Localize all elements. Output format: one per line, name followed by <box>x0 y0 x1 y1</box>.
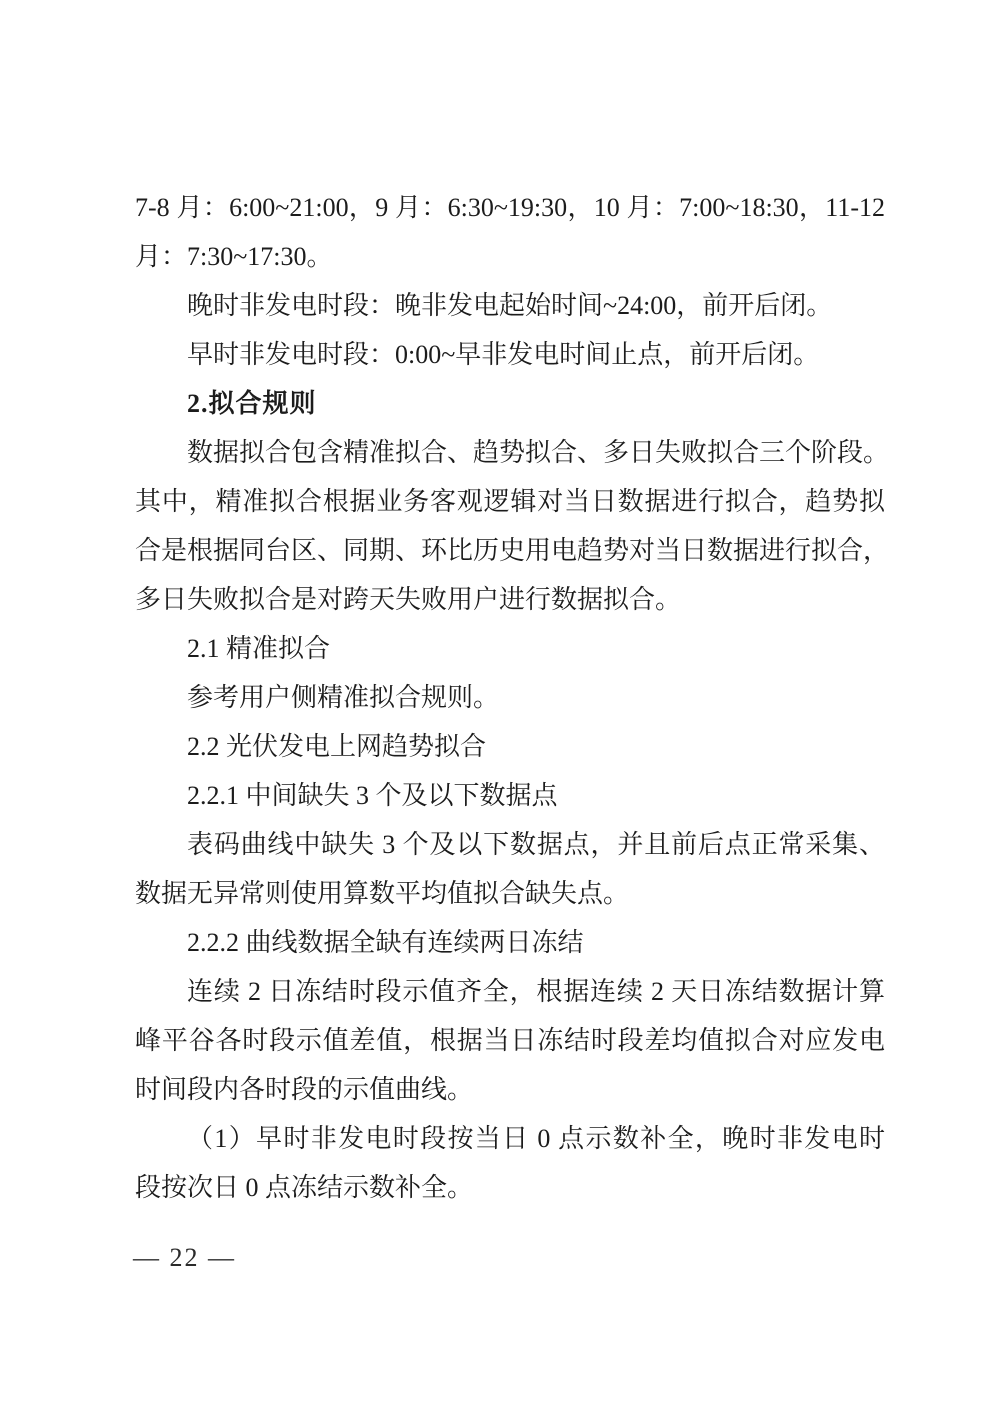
heading-2-1-precise-fitting: 2.1 精准拟合 <box>135 624 885 673</box>
page-number: — 22 — <box>133 1240 236 1276</box>
para-fitting-overview-line-4: 多日失败拟合是对跨天失败用户进行数据拟合。 <box>135 575 885 624</box>
para-2-2-2-line-2: 峰平谷各时段示值差值，根据当日冻结时段差均值拟合对应发电 <box>135 1016 885 1065</box>
para-2-2-2-line-1: 连续 2 日冻结时段示值齐全，根据连续 2 天日冻结数据计算 <box>135 967 885 1016</box>
para-2-2-1-line-2: 数据无异常则使用算数平均值拟合缺失点。 <box>135 869 885 918</box>
heading-2-2-trend-fitting: 2.2 光伏发电上网趋势拟合 <box>135 722 885 771</box>
heading-2-2-2-frozen-days: 2.2.2 曲线数据全缺有连续两日冻结 <box>135 918 885 967</box>
para-item-1-line-2: 段按次日 0 点冻结示数补全。 <box>135 1163 885 1212</box>
para-fitting-overview-line-2: 其中，精准拟合根据业务客观逻辑对当日数据进行拟合，趋势拟 <box>135 477 885 526</box>
para-fitting-overview-line-1: 数据拟合包含精准拟合、趋势拟合、多日失败拟合三个阶段。 <box>135 428 885 477</box>
text-block: 7-8 月：6:00~21:00，9 月：6:30~19:30，10 月：7:0… <box>135 183 885 1212</box>
document-page: { "document": { "lines": [ {"text": "7-8… <box>0 0 1000 1414</box>
para-generation-times-line-2: 月：7:30~17:30。 <box>135 232 885 281</box>
para-2-2-2-line-3: 时间段内各时段的示值曲线。 <box>135 1065 885 1114</box>
para-generation-times-line-1: 7-8 月：6:00~21:00，9 月：6:30~19:30，10 月：7:0… <box>135 183 885 232</box>
heading-2-2-1-missing-points: 2.2.1 中间缺失 3 个及以下数据点 <box>135 771 885 820</box>
heading-fitting-rules: 2.拟合规则 <box>135 379 885 428</box>
para-morning-nongen-period: 早时非发电时段：0:00~早非发电时间止点，前开后闭。 <box>135 330 885 379</box>
para-evening-nongen-period: 晚时非发电时段：晚非发电起始时间~24:00，前开后闭。 <box>135 281 885 330</box>
para-2-1-body: 参考用户侧精准拟合规则。 <box>135 673 885 722</box>
para-fitting-overview-line-3: 合是根据同台区、同期、环比历史用电趋势对当日数据进行拟合， <box>135 526 885 575</box>
para-item-1-line-1: （1）早时非发电时段按当日 0 点示数补全，晚时非发电时 <box>135 1114 885 1163</box>
para-2-2-1-line-1: 表码曲线中缺失 3 个及以下数据点，并且前后点正常采集、 <box>135 820 885 869</box>
